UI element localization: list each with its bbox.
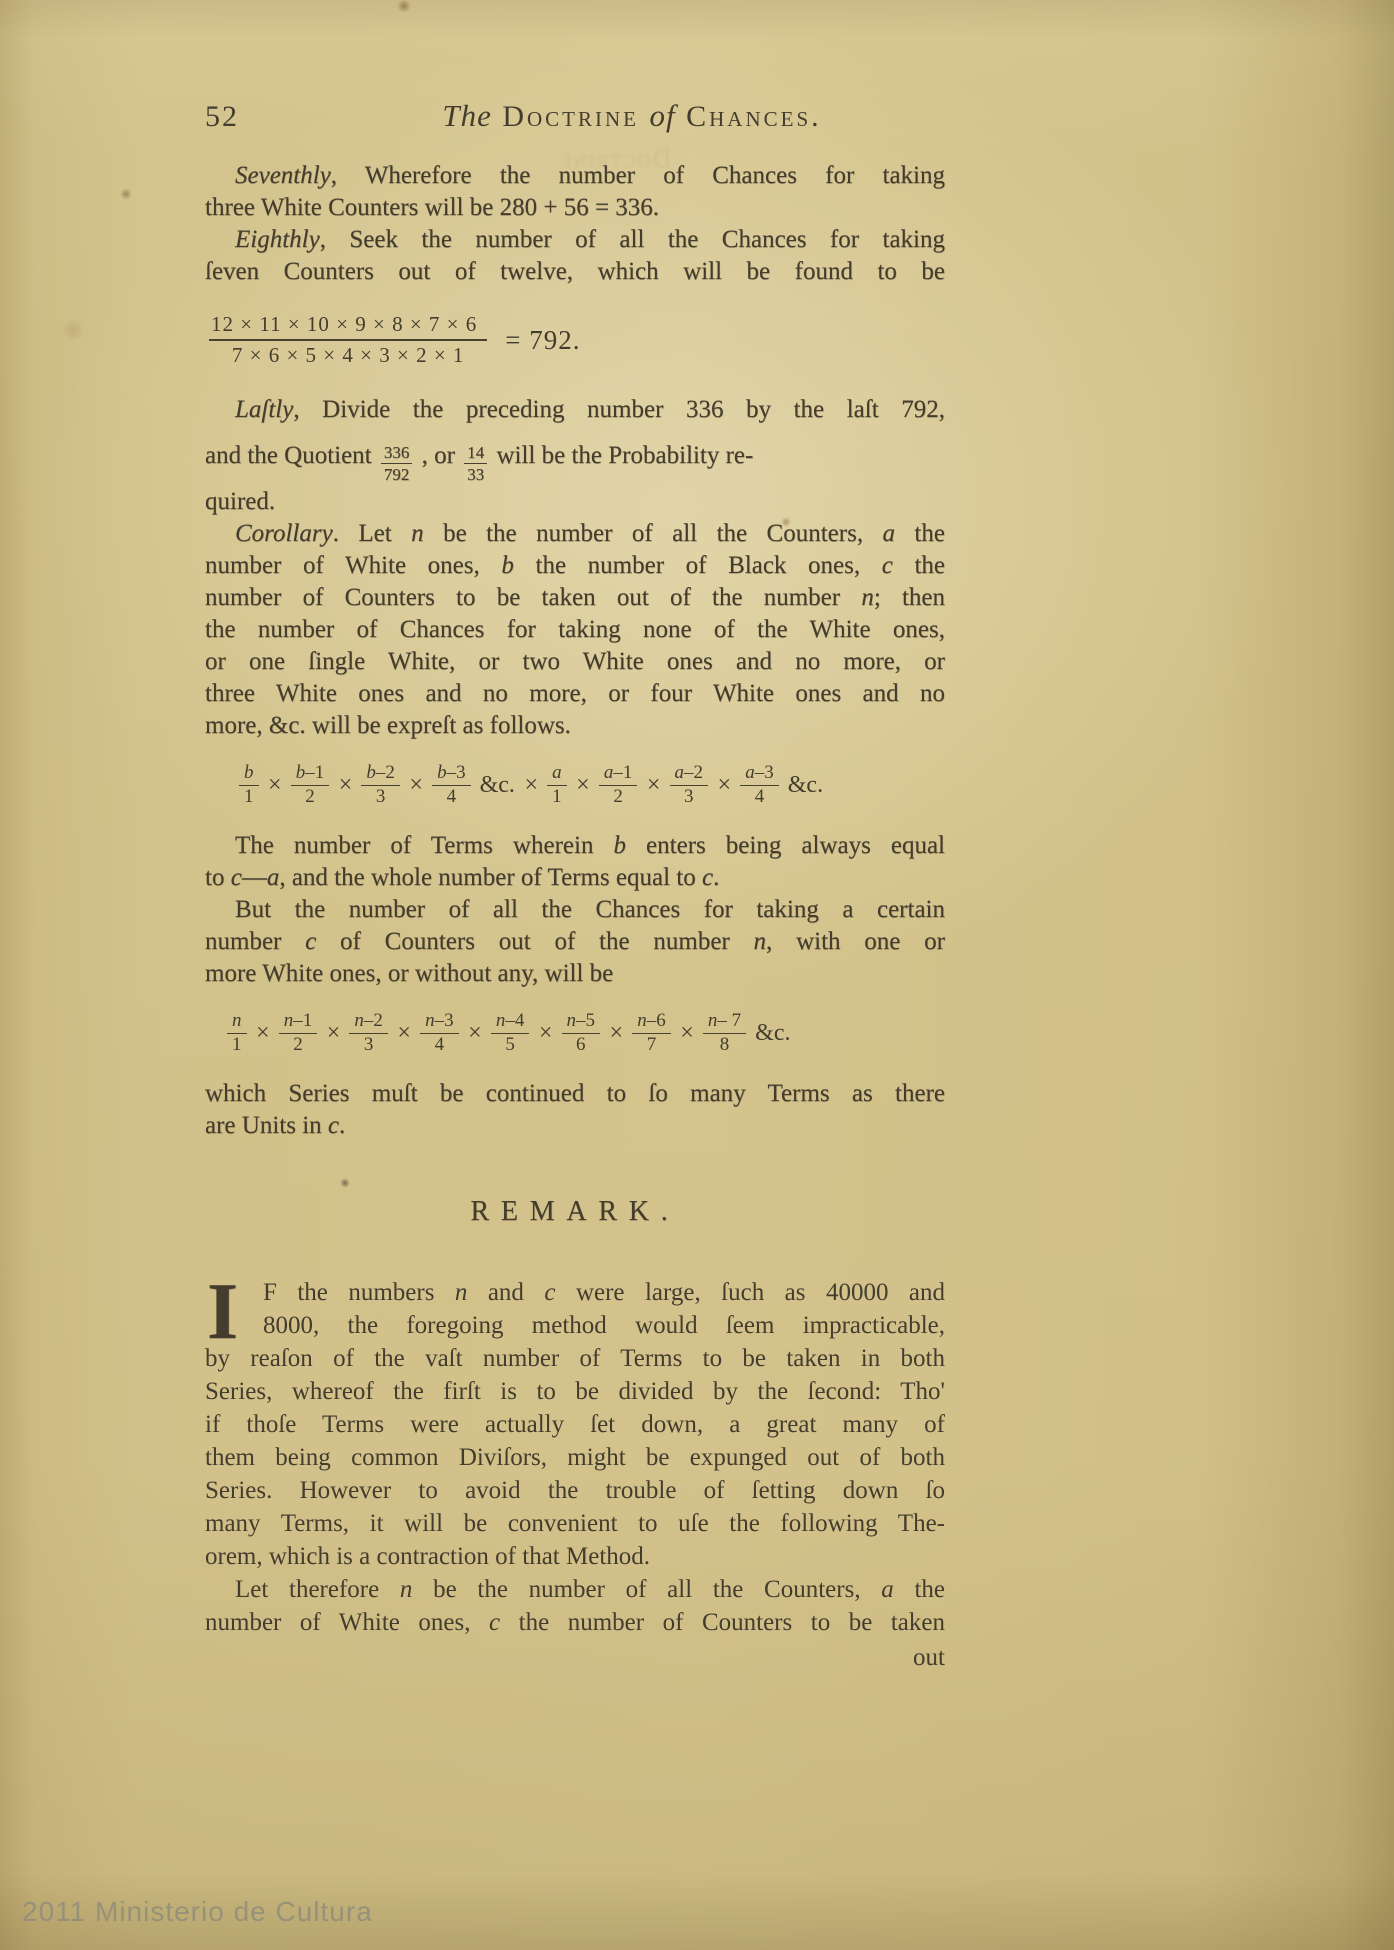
- fraction: n–23: [349, 1011, 388, 1056]
- title-word-doctrine: Doctrine: [500, 100, 641, 133]
- series-formula-all-chances: n1 × n–12 × n–23 × n–34 × n–45 × n–56 × …: [205, 1002, 945, 1064]
- times-sign: ×: [715, 772, 733, 799]
- fraction: a–34: [740, 763, 779, 808]
- text-line: Let therefore n be the number of all the…: [205, 1573, 945, 1606]
- text-block: 52 The Doctrine of Chances. Doctrine Sev…: [0, 0, 945, 1674]
- fraction: 336 792: [381, 443, 413, 484]
- library-watermark: 2011 Ministerio de Cultura: [22, 1896, 373, 1928]
- times-sign: ×: [607, 1020, 625, 1047]
- display-fraction-792: 12 × 11 × 10 × 9 × 8 × 7 × 6 7 × 6 × 5 ×…: [209, 298, 945, 382]
- times-sign: ×: [407, 772, 425, 799]
- text-line: quired.: [205, 486, 945, 518]
- text-segment: and the Quotient: [205, 442, 372, 469]
- series-formula-white-counters: b1 × b–12 × b–23 × b–34 &c. × a1 × a–12 …: [205, 754, 945, 816]
- text-line: Series. However to avoid the trouble of …: [205, 1474, 945, 1507]
- fraction: b–12: [291, 763, 330, 808]
- times-sign: ×: [644, 772, 662, 799]
- running-title: The Doctrine of Chances.: [442, 98, 823, 134]
- page-number: 52: [205, 100, 239, 134]
- times-sign: ×: [574, 772, 592, 799]
- et-cetera: &c.: [786, 772, 823, 799]
- text-segment: , or: [422, 442, 455, 469]
- fraction: a–12: [599, 763, 638, 808]
- fraction-denominator: 792: [381, 464, 413, 484]
- text-line: Laſtly, Divide the preceding number 336 …: [205, 394, 945, 426]
- text-line: orem, which is a contraction of that Met…: [205, 1540, 945, 1573]
- fraction-numerator: 14: [464, 443, 487, 464]
- book-page-scan: 52 The Doctrine of Chances. Doctrine Sev…: [0, 0, 1394, 1950]
- fraction: 14 33: [464, 443, 487, 484]
- text-line: The number of Terms wherein b enters bei…: [205, 830, 945, 862]
- text-line: by reaſon of the vaſt number of Terms to…: [205, 1342, 945, 1375]
- fraction-numerator: 12 × 11 × 10 × 9 × 8 × 7 × 6: [209, 312, 487, 341]
- fraction: a1: [547, 763, 567, 808]
- title-word-of: of: [650, 98, 676, 133]
- times-sign: ×: [395, 1020, 413, 1047]
- fraction: a–23: [670, 763, 709, 808]
- page-header: 52 The Doctrine of Chances. Doctrine: [205, 98, 945, 144]
- text-line: F the numbers n and c were large, ſuch a…: [205, 1276, 945, 1309]
- text-segment: will be the Probability re-: [496, 442, 753, 469]
- fraction: n1: [227, 1011, 247, 1056]
- times-sign: ×: [678, 1020, 696, 1047]
- fraction: b–23: [361, 763, 400, 808]
- et-cetera: &c.: [478, 772, 515, 799]
- section-heading-remark: REMARK.: [205, 1196, 945, 1228]
- catchword: out: [205, 1641, 945, 1674]
- drop-cap: I: [207, 1272, 238, 1352]
- text-line: more, &c. will be expreſt as follows.: [205, 710, 945, 742]
- show-through-print: Doctrine: [559, 144, 672, 174]
- fraction: n–56: [562, 1011, 601, 1056]
- times-sign: ×: [466, 1020, 484, 1047]
- text-line: number of White ones, b the number of Bl…: [205, 550, 945, 582]
- text-line: to c—a, and the whole number of Terms eq…: [205, 862, 945, 894]
- text-line: ſeven Counters out of twelve, which will…: [205, 256, 945, 288]
- times-sign: ×: [536, 1020, 554, 1047]
- text-line: the number of Chances for taking none of…: [205, 614, 945, 646]
- text-line: Corollary. Let n be the number of all th…: [205, 518, 945, 550]
- times-sign: ×: [336, 772, 354, 799]
- text-line: more White ones, or without any, will be: [205, 958, 945, 990]
- text-line: three White ones and no more, or four Wh…: [205, 678, 945, 710]
- text-line: many Terms, it will be convenient to uſe…: [205, 1507, 945, 1540]
- fraction-numerator: 336: [381, 443, 413, 464]
- title-word-chances: Chances.: [684, 100, 824, 133]
- text-line: number c of Counters out of the number n…: [205, 926, 945, 958]
- fraction: b–34: [432, 763, 471, 808]
- text-line: Series, whereof the firſt is to be divid…: [205, 1375, 945, 1408]
- times-sign: ×: [266, 772, 284, 799]
- times-sign: ×: [522, 772, 540, 799]
- text-line-with-fractions: and the Quotient 336 792 , or 14 33 will…: [205, 426, 945, 486]
- text-line: or one ſingle White, or two White ones a…: [205, 646, 945, 678]
- text-line: them being common Diviſors, might be exp…: [205, 1441, 945, 1474]
- fraction: n–67: [632, 1011, 671, 1056]
- fraction: n–45: [491, 1011, 530, 1056]
- text-line: are Units in c.: [205, 1110, 945, 1142]
- text-line: 8000, the foregoing method would ſeem im…: [205, 1309, 945, 1342]
- fraction-result: = 792.: [505, 325, 580, 356]
- fraction: n– 78: [703, 1011, 746, 1056]
- fraction: n–34: [420, 1011, 459, 1056]
- text-line: if thoſe Terms were actually ſet down, a…: [205, 1408, 945, 1441]
- text-line: which Series muſt be continued to ſo man…: [205, 1078, 945, 1110]
- fraction-denominator: 33: [464, 464, 487, 484]
- fraction: n–12: [279, 1011, 318, 1056]
- title-word-the: The: [442, 98, 492, 133]
- text-line: But the number of all the Chances for ta…: [205, 894, 945, 926]
- remark-paragraph: I F the numbers n and c were large, ſuch…: [205, 1276, 945, 1573]
- text-line: number of White ones, c the number of Co…: [205, 1606, 945, 1639]
- text-line: three White Counters will be 280 + 56 = …: [205, 192, 945, 224]
- times-sign: ×: [254, 1020, 272, 1047]
- fraction-denominator: 7 × 6 × 5 × 4 × 3 × 2 × 1: [209, 341, 487, 368]
- times-sign: ×: [324, 1020, 342, 1047]
- et-cetera: &c.: [753, 1020, 790, 1047]
- fraction: 12 × 11 × 10 × 9 × 8 × 7 × 6 7 × 6 × 5 ×…: [209, 312, 487, 368]
- text-line: number of Counters to be taken out of th…: [205, 582, 945, 614]
- text-line: Eighthly, Seek the number of all the Cha…: [205, 224, 945, 256]
- fraction: b1: [239, 763, 259, 808]
